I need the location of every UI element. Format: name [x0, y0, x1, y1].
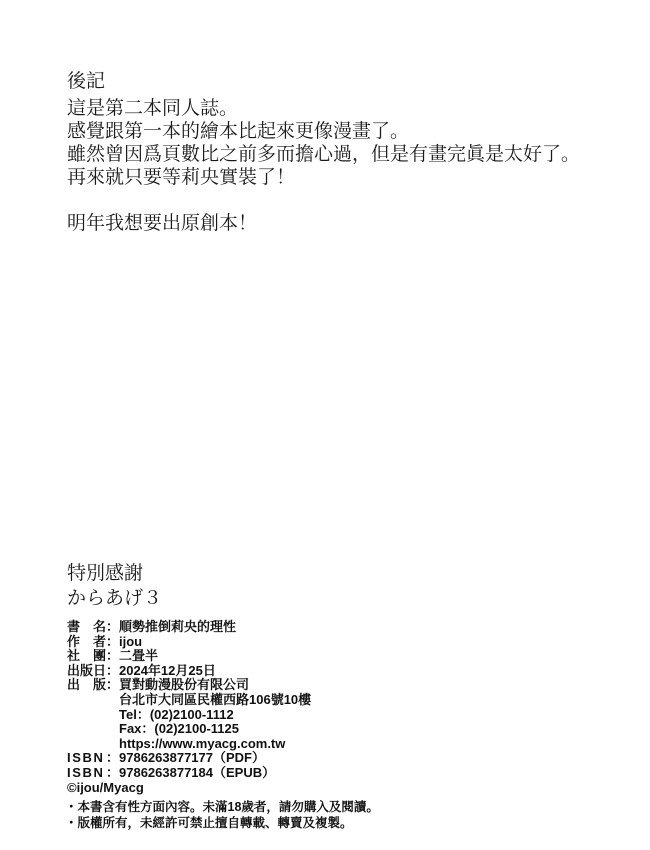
- colophon-value: 台北市大同區民權西路106號10樓: [119, 692, 311, 707]
- colophon-row: ISBN：9786263877184（EPUB）: [67, 766, 311, 781]
- colophon-value: ijou: [119, 634, 142, 649]
- afterword-section: 後記 這是第二本同人誌。感覺跟第一本的繪本比起來更像漫畫了。雖然曾因爲頁數比之前…: [67, 70, 580, 235]
- afterword-paragraph: 這是第二本同人誌。感覺跟第一本的繪本比起來更像漫畫了。雖然曾因爲頁數比之前多而擔…: [67, 97, 580, 189]
- colophon-entries: 書 名：順勢推倒莉央的理性作 者：ijou社 團：二畳半出版日：2024年12月…: [67, 620, 311, 781]
- afterword-page: 後記 這是第二本同人誌。感覺跟第一本的繪本比起來更像漫畫了。雖然曾因爲頁數比之前…: [0, 0, 650, 850]
- colophon-row: https://www.myacg.com.tw: [67, 737, 311, 752]
- colophon-value: Fax：(02)2100-1125: [119, 721, 239, 736]
- colophon-value: 買對動漫股份有限公司: [119, 677, 249, 692]
- afterword-closing-line: 明年我想要出原創本！: [67, 212, 580, 235]
- colophon-value: 9786263877184（EPUB）: [119, 765, 275, 780]
- colophon-row: 台北市大同區民權西路106號10樓: [67, 693, 311, 708]
- colophon-row: 出 版：買對動漫股份有限公司: [67, 678, 311, 693]
- colophon-row: Tel：(02)2100-1112: [67, 708, 311, 723]
- afterword-line: 這是第二本同人誌。: [67, 97, 580, 120]
- afterword-line: 再來就只要等莉央實裝了！: [67, 166, 580, 189]
- afterword-heading: 後記: [67, 70, 580, 93]
- colophon-row: 社 團：二畳半: [67, 649, 311, 664]
- colophon-label: ISBN: [67, 766, 106, 781]
- notice-line: ・版權所有，未經許可禁止擅自轉載、轉賣及複製。: [65, 816, 379, 832]
- afterword-line: 感覺跟第一本的繪本比起來更像漫畫了。: [67, 120, 580, 143]
- special-thanks-heading: 特別感謝: [67, 562, 162, 587]
- colophon-label: 社 團: [67, 649, 106, 664]
- colophon-value: Tel：(02)2100-1112: [119, 707, 234, 722]
- colophon-separator: ：: [106, 766, 119, 781]
- colophon-separator: ：: [106, 678, 119, 693]
- notices-section: ・本書含有性方面內容。未滿18歲者，請勿購入及閱讀。・版權所有，未經許可禁止擅自…: [65, 800, 379, 831]
- colophon-value: 二畳半: [119, 648, 158, 663]
- notice-lines: ・本書含有性方面內容。未滿18歲者，請勿購入及閱讀。・版權所有，未經許可禁止擅自…: [65, 800, 379, 831]
- colophon-value: 順勢推倒莉央的理性: [119, 619, 236, 634]
- afterword-line: 雖然曾因爲頁數比之前多而擔心過，但是有畫完眞是太好了。: [67, 143, 580, 166]
- colophon-separator: ：: [106, 620, 119, 635]
- special-thanks-name: からあげ３: [67, 587, 162, 612]
- colophon-label: 書 名: [67, 620, 106, 635]
- special-thanks-section: 特別感謝 からあげ３: [67, 562, 162, 611]
- colophon-label: ISBN: [67, 751, 106, 766]
- colophon-row: Fax：(02)2100-1125: [67, 722, 311, 737]
- colophon-separator: ：: [106, 649, 119, 664]
- colophon-label: 出版日: [67, 664, 106, 679]
- colophon-value: 9786263877177（PDF）: [119, 750, 265, 765]
- colophon-row: 作 者：ijou: [67, 635, 311, 650]
- notice-line: ・本書含有性方面內容。未滿18歲者，請勿購入及閱讀。: [65, 800, 379, 816]
- colophon-label: 出 版: [67, 678, 106, 693]
- colophon-separator: ：: [106, 664, 119, 679]
- colophon-row: ISBN：9786263877177（PDF）: [67, 751, 311, 766]
- colophon-label: 作 者: [67, 635, 106, 650]
- copyright-line: ©ijou/Myacg: [67, 781, 311, 796]
- colophon-value: https://www.myacg.com.tw: [119, 736, 285, 751]
- colophon-row: 書 名：順勢推倒莉央的理性: [67, 620, 311, 635]
- colophon-value: 2024年12月25日: [119, 663, 216, 678]
- colophon-separator: ：: [106, 751, 119, 766]
- colophon-section: 書 名：順勢推倒莉央的理性作 者：ijou社 團：二畳半出版日：2024年12月…: [67, 620, 311, 795]
- colophon-separator: ：: [106, 635, 119, 650]
- colophon-row: 出版日：2024年12月25日: [67, 664, 311, 679]
